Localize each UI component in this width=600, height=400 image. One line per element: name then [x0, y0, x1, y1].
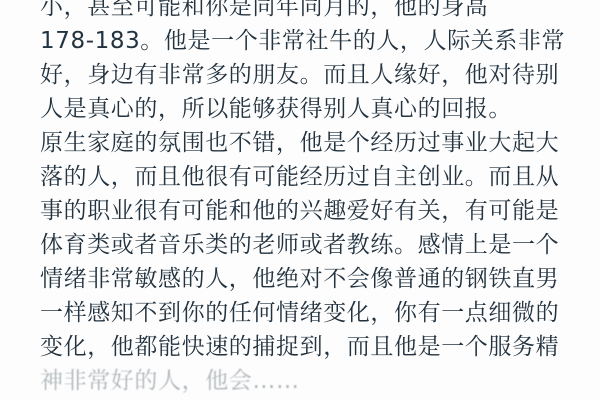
text-line: 事的职业很有可能和他的兴趣爱好有关，有可能是: [40, 194, 560, 228]
text-line: 变化，他都能快速的捕捉到，而且他是一个服务精: [40, 330, 560, 364]
text-line: 人是真心的，所以能够获得别人真心的回报。: [40, 92, 560, 126]
text-line-cutoff: 神非常好的人，他会……: [40, 364, 560, 398]
text-line: 178-183。他是一个非常社牛的人，人际关系非常: [40, 24, 560, 58]
text-line: 落的人，而且他很有可能经历过自主创业。而且从: [40, 160, 560, 194]
text-line: 情绪非常敏感的人，他绝对不会像普通的钢铁直男: [40, 262, 560, 296]
text-line: 小，甚至可能和你是同年同月的，他的身高: [40, 0, 560, 24]
text-body: 小，甚至可能和你是同年同月的，他的身高 178-183。他是一个非常社牛的人，人…: [40, 0, 560, 398]
text-line: 原生家庭的氛围也不错，他是个经历过事业大起大: [40, 126, 560, 160]
text-line: 一样感知不到你的任何情绪变化，你有一点细微的: [40, 296, 560, 330]
document-page: 小，甚至可能和你是同年同月的，他的身高 178-183。他是一个非常社牛的人，人…: [0, 0, 600, 400]
text-line: 体育类或者音乐类的老师或者教练。感情上是一个: [40, 228, 560, 262]
text-line: 好，身边有非常多的朋友。而且人缘好，他对待别: [40, 58, 560, 92]
